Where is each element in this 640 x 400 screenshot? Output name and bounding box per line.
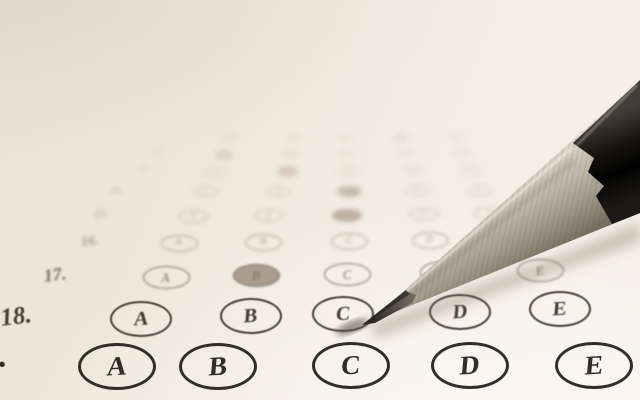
bubble-letter: C <box>340 352 362 380</box>
answer-rows-layer: ABCDE12.ABCDE13.ABCDE14.ABCDE15.ABCDE16.… <box>0 0 640 400</box>
bubble-19-A: A <box>78 343 156 390</box>
bubble-19-C: C <box>312 342 390 389</box>
photo-answer-sheet: ABCDE12.ABCDE13.ABCDE14.ABCDE15.ABCDE16.… <box>0 0 640 400</box>
bubble-letter: A <box>106 353 128 381</box>
question-number-19: 19. <box>0 338 9 380</box>
bubble-letter: E <box>584 351 604 379</box>
bubble-letter: D <box>459 352 481 380</box>
bubble-19-E: E <box>555 342 633 389</box>
bubble-19-D: D <box>431 342 509 389</box>
answer-row-19: 19.ABCDE <box>0 0 640 400</box>
bubble-19-B: B <box>179 343 257 390</box>
bubble-letter: B <box>208 353 228 381</box>
